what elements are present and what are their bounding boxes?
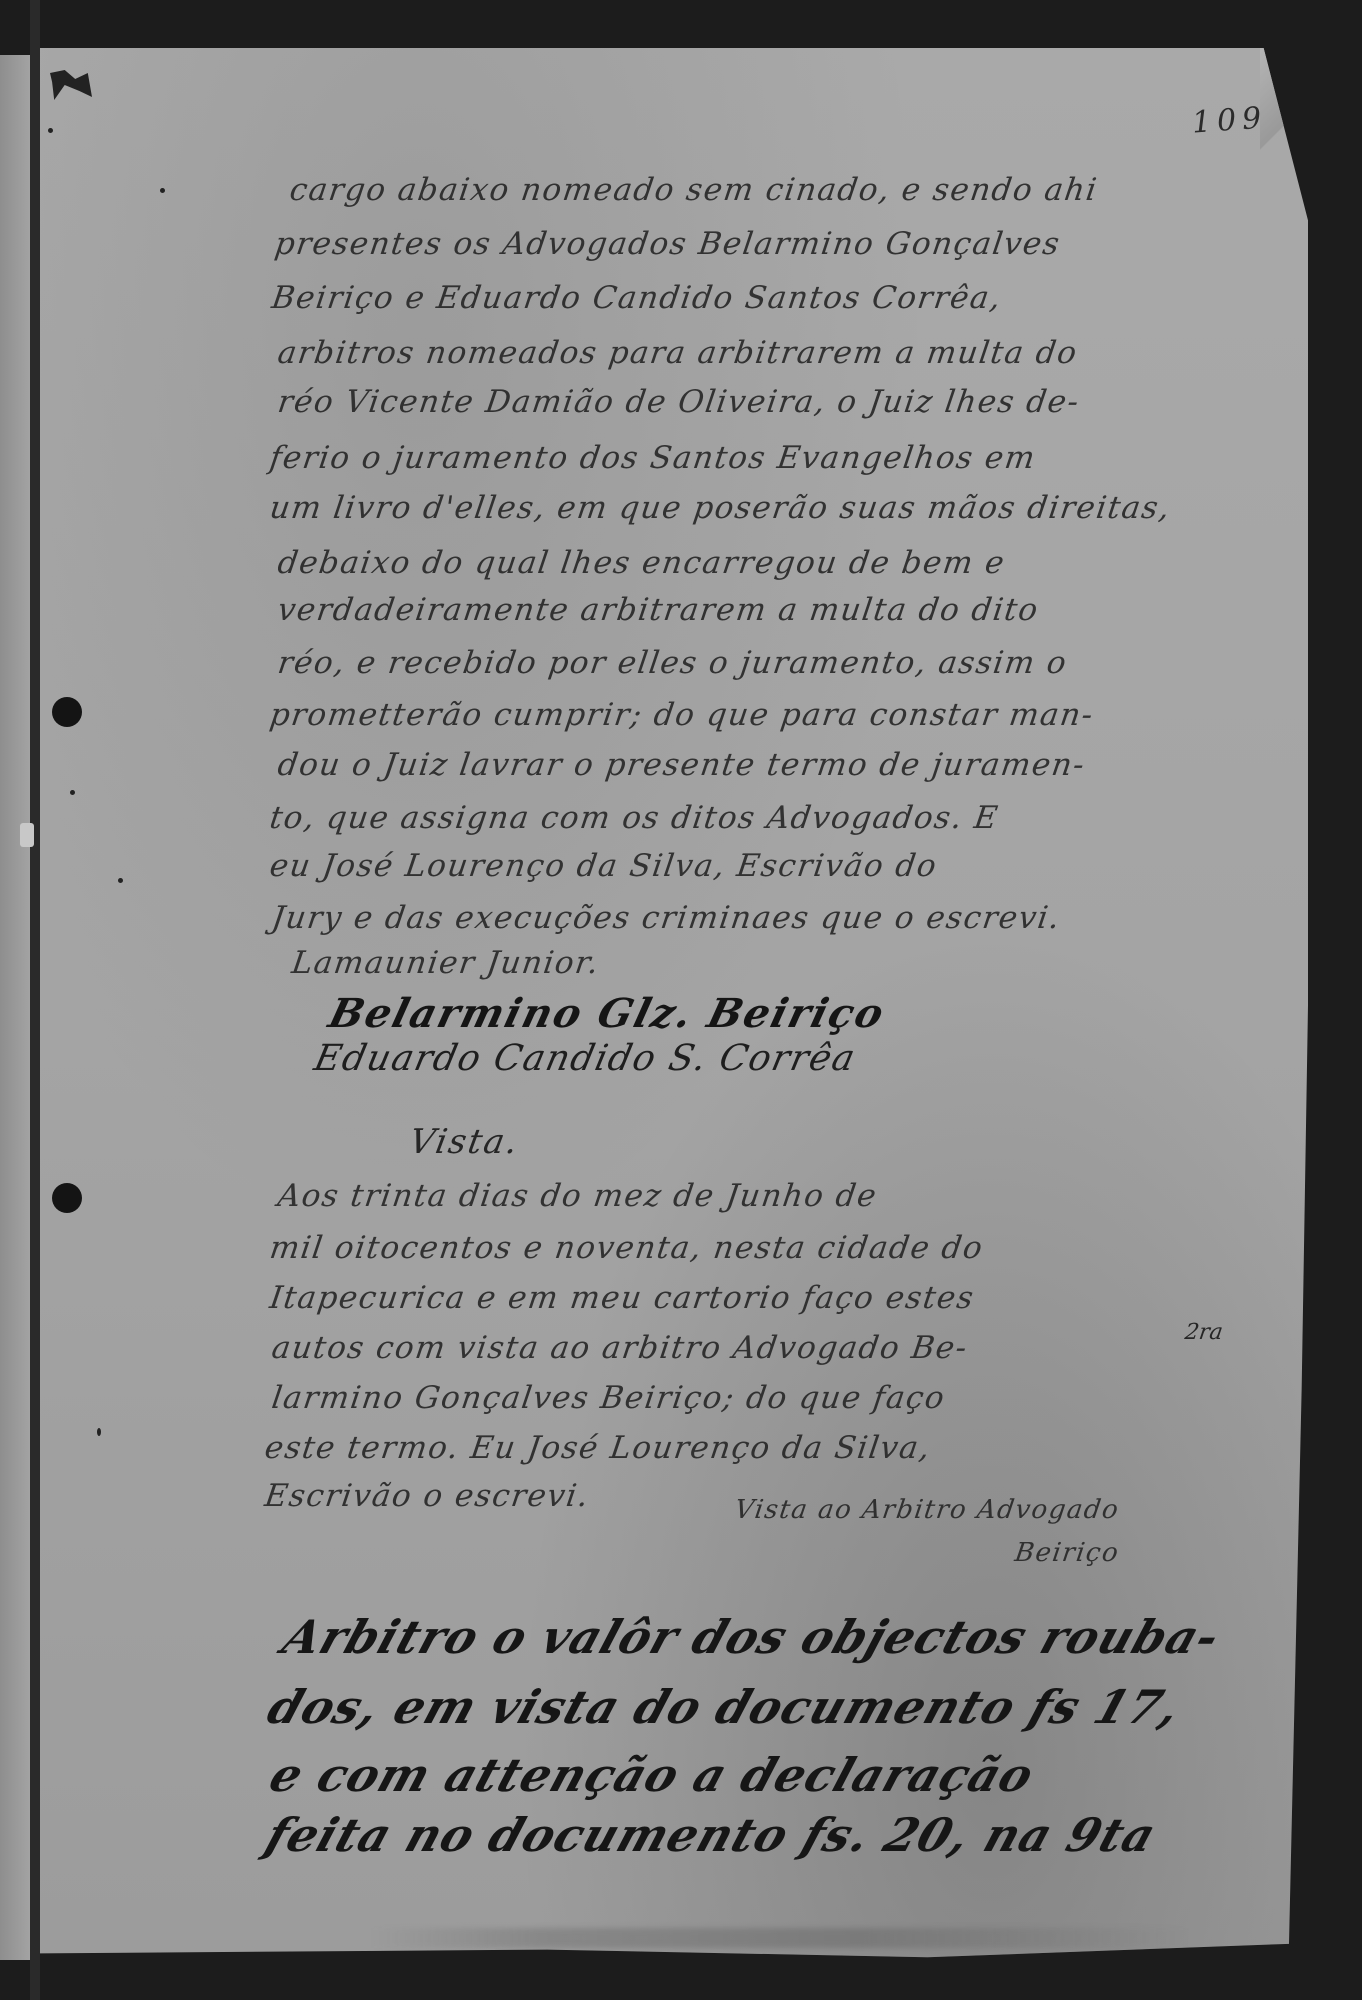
text-line: autos com vista ao arbitro Advogado Be- <box>269 1330 970 1366</box>
speck <box>48 128 53 133</box>
speck <box>70 790 75 795</box>
text-line: debaixo do qual lhes encarregou de bem e <box>275 545 1007 581</box>
margin-note: 2ra <box>1183 1320 1224 1345</box>
text-line: mil oitocentos e noventa, nesta cidade d… <box>267 1230 985 1266</box>
section-heading-vista: Vista. <box>406 1122 522 1162</box>
document-scan: 109 cargo abaixo nomeado sem cinado, e s… <box>0 0 1362 2000</box>
binding-hole-icon <box>52 697 82 727</box>
speck <box>118 878 123 883</box>
text-line: Lamaunier Junior. <box>289 945 602 981</box>
text-line: cargo abaixo nomeado sem cinado, e sendo… <box>287 172 1100 208</box>
text-line-bold: dos, em vista do documento fs 17, <box>261 1680 1188 1734</box>
vista-note-line: Beiriço <box>1013 1538 1121 1568</box>
text-line: este termo. Eu José Lourenço da Silva, <box>262 1430 933 1466</box>
text-line: ferio o juramento dos Santos Evangelhos … <box>267 440 1038 476</box>
paper-tab <box>20 823 34 847</box>
folio-number: 109 <box>1191 100 1269 140</box>
book-spine <box>30 0 40 2000</box>
text-line: to, que assigna com os ditos Advogados. … <box>267 800 1001 836</box>
speck <box>97 1428 101 1436</box>
vista-note-line: Vista ao Arbitro Advogado <box>733 1495 1121 1525</box>
text-line: arbitros nomeados para arbitrarem a mult… <box>275 335 1080 371</box>
text-line-bold: Arbitro o valôr dos objectos rouba- <box>276 1610 1227 1664</box>
text-line: um livro d'elles, em que poserão suas mã… <box>267 490 1173 526</box>
text-line: prometterão cumprir; do que para constar… <box>267 697 1096 733</box>
text-line: verdadeiramente arbitrarem a multa do di… <box>275 592 1041 628</box>
text-line: dou o Juiz lavrar o presente termo de ju… <box>275 747 1087 783</box>
signature-belarmino: Belarmino Glz. Beiriço <box>324 990 890 1037</box>
previous-page-edge <box>0 55 30 1960</box>
speck <box>160 188 165 193</box>
text-line-bold: feita no documento fs. 20, na 9ta <box>259 1808 1163 1862</box>
text-line: Aos trinta dias do mez de Junho de <box>275 1178 879 1214</box>
text-line-bold: e com attenção a declaração <box>263 1748 1041 1802</box>
binding-hole-icon <box>52 1183 82 1213</box>
text-line: presentes os Advogados Belarmino Gonçalv… <box>272 226 1062 262</box>
text-line: Escrivão o escrevi. <box>262 1478 591 1514</box>
text-line: Beiriço e Eduardo Candido Santos Corrêa, <box>269 280 1004 316</box>
text-line: Itapecurica e em meu cartorio faço estes <box>267 1280 976 1316</box>
text-line: réo, e recebido por elles o juramento, a… <box>275 645 1069 681</box>
text-line: larmino Gonçalves Beiriço; do que faço <box>269 1380 947 1416</box>
signature-eduardo: Eduardo Candido S. Corrêa <box>311 1038 860 1079</box>
bleed-through-text <box>370 1928 1190 1948</box>
folded-corner <box>1260 48 1308 168</box>
text-line: Jury e das execuções criminaes que o esc… <box>269 900 1063 936</box>
text-line: eu José Lourenço da Silva, Escrivão do <box>267 848 939 884</box>
text-line: réo Vicente Damião de Oliveira, o Juiz l… <box>275 384 1082 420</box>
